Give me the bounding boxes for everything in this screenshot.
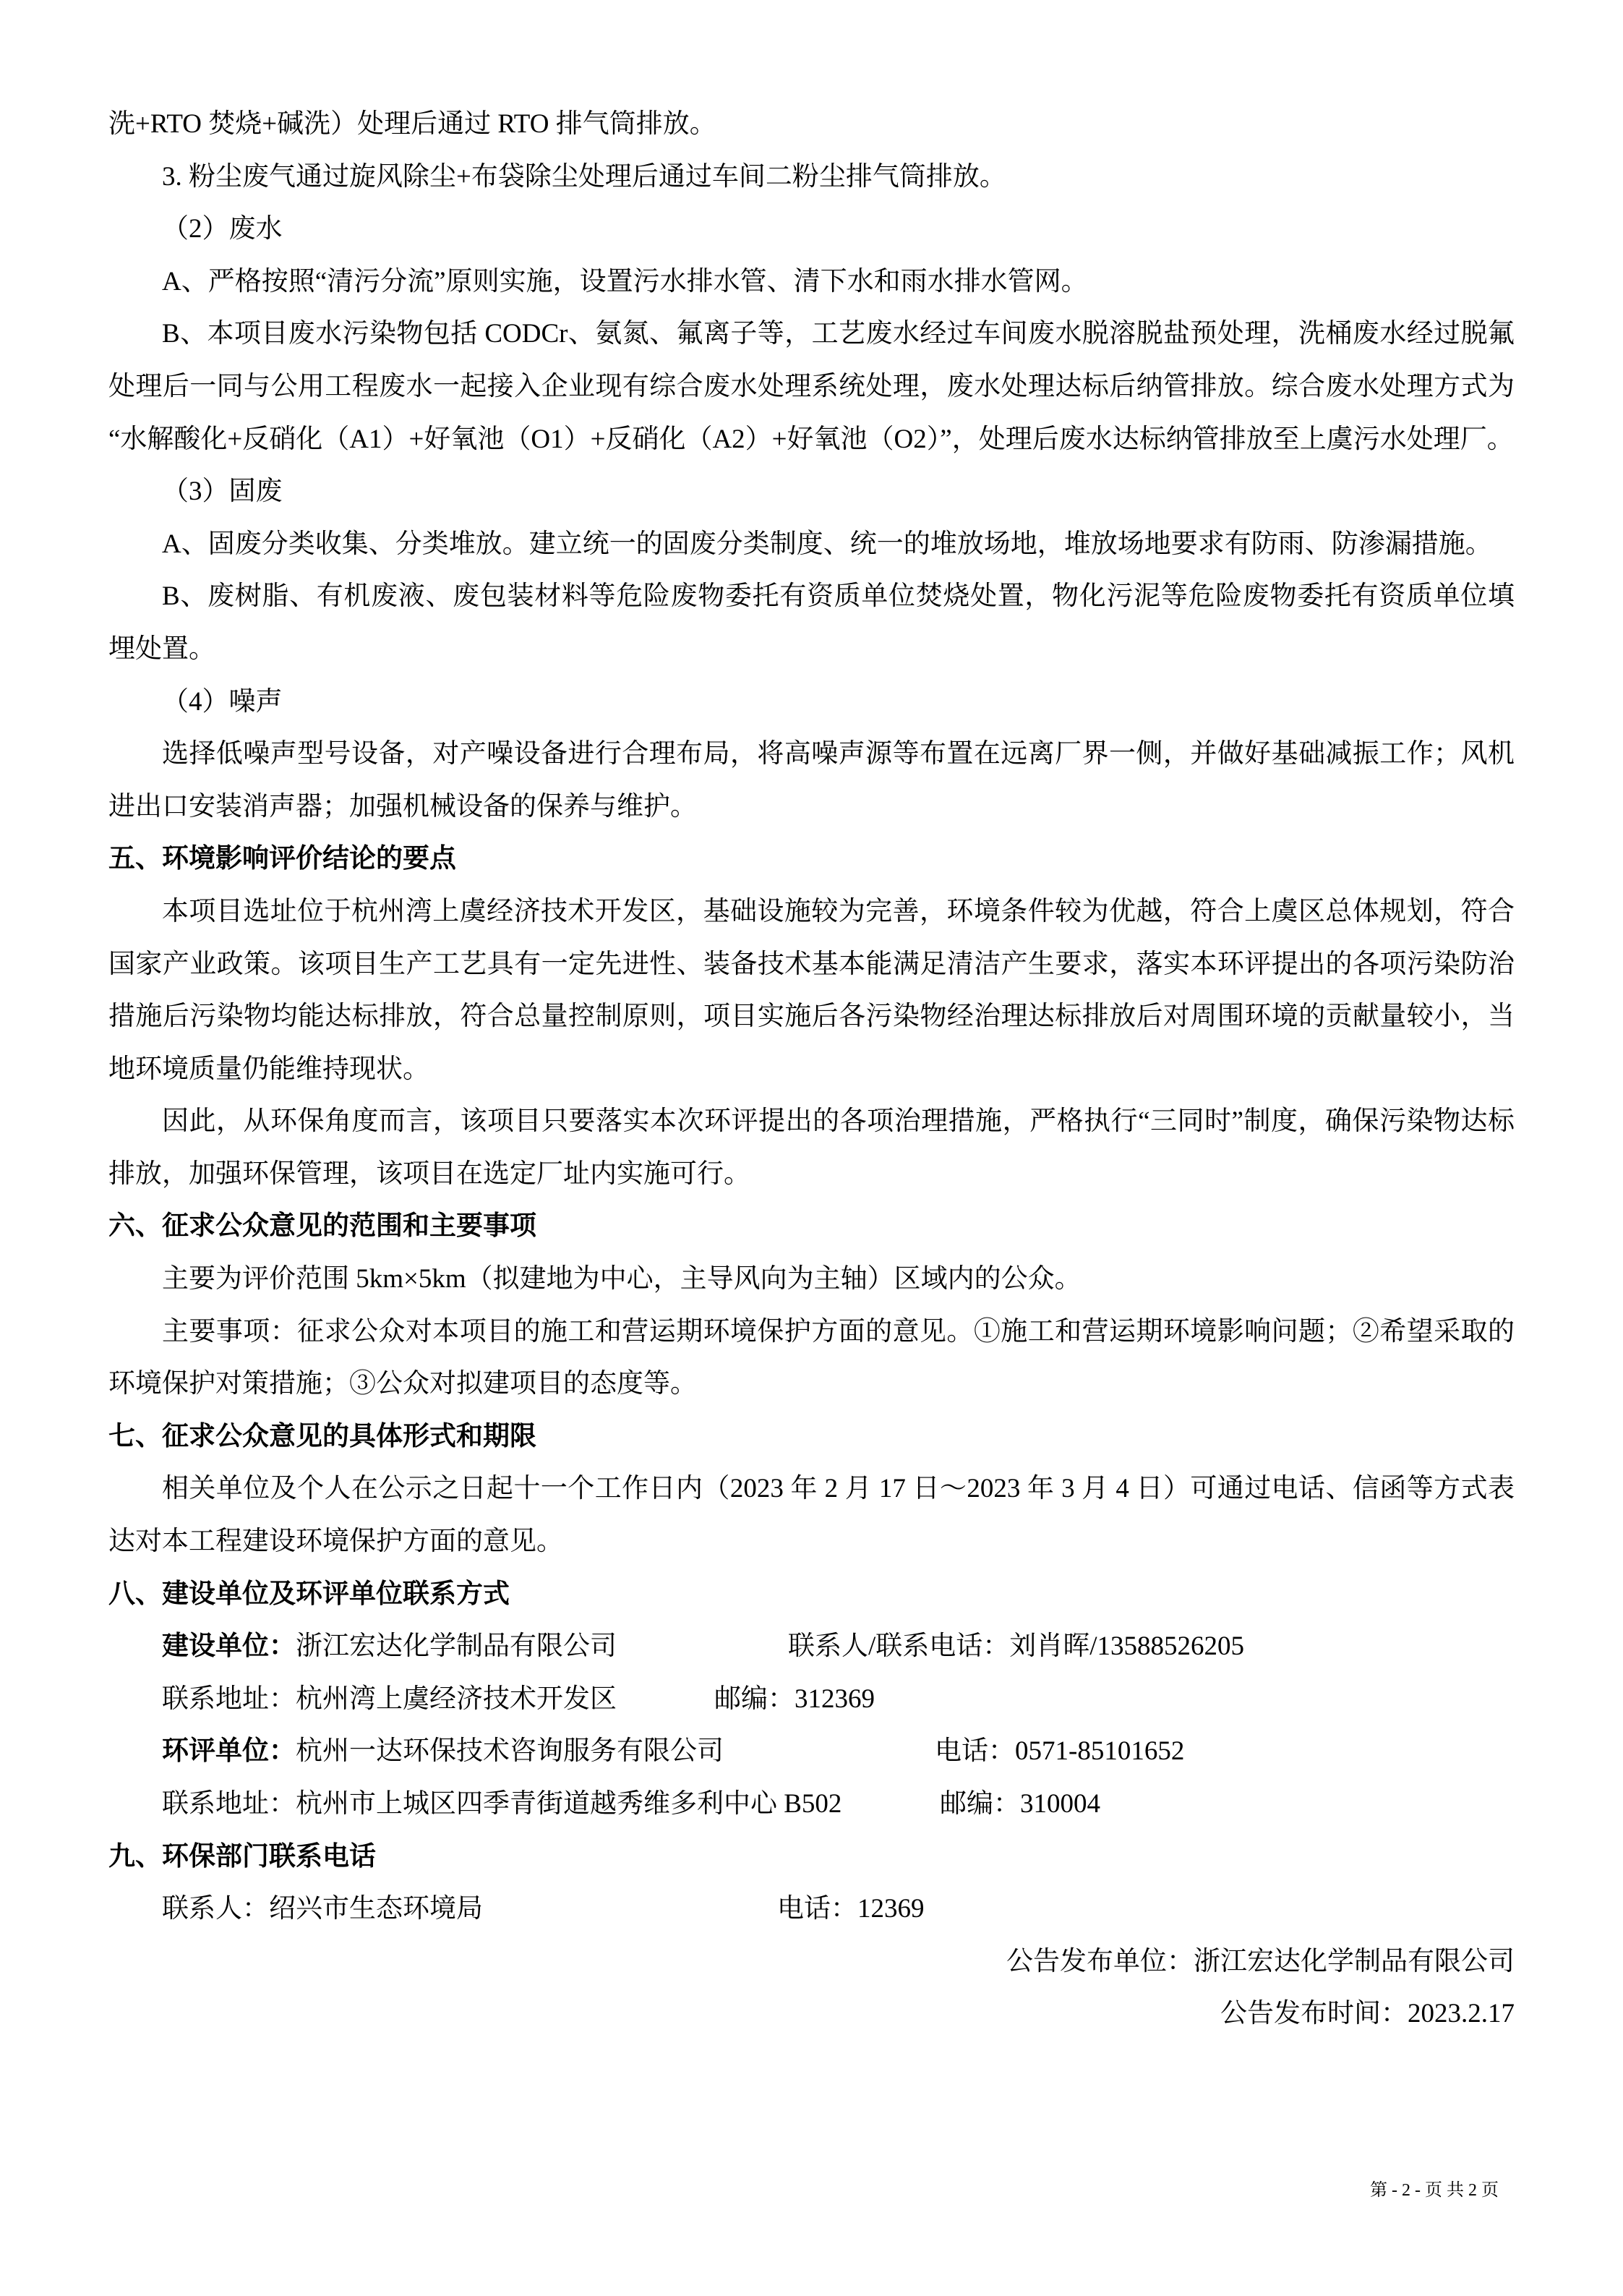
contact-value: 绍兴市生态环境局 <box>269 1894 483 1924</box>
page-number-footer: 第 - 2 - 页 共 2 页 <box>1370 2180 1499 2201</box>
paragraph-noise: 选择低噪声型号设备，对产噪设备进行合理布局，将高噪声源等布置在远离厂界一侧，并做… <box>108 728 1515 833</box>
paragraph-rto-exhaust: 洗+RTO 焚烧+碱洗）处理后通过 RTO 排气筒排放。 <box>108 98 1515 151</box>
announcement-publisher: 公告发布单位：浙江宏达化学制品有限公司 <box>108 1936 1515 1989</box>
paragraph-dust-gas: 3. 粉尘废气通过旋风除尘+布袋除尘处理后通过车间二粉尘排气筒排放。 <box>108 151 1515 204</box>
contact-label: 联系地址： <box>162 1789 296 1819</box>
phone-number: 电话：0571-85101652 <box>935 1725 1184 1778</box>
subheading-solid-waste: （3）固废 <box>108 466 1515 518</box>
paragraph-wastewater-b: B、本项目废水污染物包括 CODCr、氨氮、氟离子等，工艺废水经过车间废水脱溶脱… <box>108 308 1515 466</box>
contact-label: 联系地址： <box>162 1684 296 1714</box>
paragraph-wastewater-a: A、严格按照“清污分流”原则实施，设置污水排水管、清下水和雨水排水管网。 <box>108 256 1515 309</box>
contact-row-address-1: 联系地址：杭州湾上虞经济技术开发区 邮编：312369 <box>108 1673 1515 1726</box>
subheading-noise: （4）噪声 <box>108 676 1515 729</box>
contact-row-eia-unit: 环评单位：杭州一达环保技术咨询服务有限公司 电话：0571-85101652 <box>108 1725 1515 1778</box>
paragraph-solid-waste-b: B、废树脂、有机废液、废包装材料等危险废物委托有资质单位焚烧处置，物化污泥等危险… <box>108 571 1515 675</box>
contact-label: 建设单位： <box>162 1631 296 1661</box>
contact-value: 杭州一达环保技术咨询服务有限公司 <box>296 1736 724 1766</box>
paragraph-period: 相关单位及个人在公示之日起十一个工作日内（2023 年 2 月 17 日～202… <box>108 1463 1515 1568</box>
section-heading-9-epa-phone: 九、环保部门联系电话 <box>108 1831 1515 1884</box>
postal-code: 邮编：312369 <box>714 1673 875 1726</box>
document-page: 洗+RTO 焚烧+碱洗）处理后通过 RTO 排气筒排放。 3. 粉尘废气通过旋风… <box>108 98 1515 2041</box>
paragraph-conclusion-2: 因此，从环保角度而言，该项目只要落实本次环评提出的各项治理措施，严格执行“三同时… <box>108 1096 1515 1200</box>
contact-row-address-2: 联系地址：杭州市上城区四季青街道越秀维多利中心 B502 邮编：310004 <box>108 1778 1515 1831</box>
paragraph-solid-waste-a: A、固废分类收集、分类堆放。建立统一的固废分类制度、统一的堆放场地，堆放场地要求… <box>108 518 1515 571</box>
paragraph-main-matters: 主要事项：征求公众对本项目的施工和营运期环境保护方面的意见。①施工和营运期环境影… <box>108 1306 1515 1411</box>
announcement-date: 公告发布时间：2023.2.17 <box>108 1988 1515 2041</box>
section-heading-8-contacts: 八、建设单位及环评单位联系方式 <box>108 1569 1515 1621</box>
paragraph-conclusion-1: 本项目选址位于杭州湾上虞经济技术开发区，基础设施较为完善，环境条件较为优越，符合… <box>108 886 1515 1096</box>
section-heading-5-conclusion: 五、环境影响评价结论的要点 <box>108 833 1515 886</box>
contact-person-phone: 联系人/联系电话：刘肖晖/13588526205 <box>788 1621 1244 1673</box>
postal-code: 邮编：310004 <box>940 1778 1100 1831</box>
contact-value: 杭州市上城区四季青街道越秀维多利中心 B502 <box>296 1789 842 1819</box>
paragraph-scope: 主要为评价范围 5km×5km（拟建地为中心，主导风向为主轴）区域内的公众。 <box>108 1253 1515 1306</box>
phone-number: 电话：12369 <box>777 1883 925 1936</box>
contact-label: 联系人： <box>162 1894 269 1924</box>
contact-value: 浙江宏达化学制品有限公司 <box>296 1631 617 1661</box>
contact-label: 环评单位： <box>162 1736 296 1766</box>
section-heading-7-form-period: 七、征求公众意见的具体形式和期限 <box>108 1411 1515 1464</box>
contact-value: 杭州湾上虞经济技术开发区 <box>296 1684 617 1714</box>
subheading-wastewater: （2）废水 <box>108 203 1515 256</box>
contact-row-construction-unit: 建设单位：浙江宏达化学制品有限公司 联系人/联系电话：刘肖晖/135885262… <box>108 1621 1515 1673</box>
contact-row-epa: 联系人：绍兴市生态环境局 电话：12369 <box>108 1883 1515 1936</box>
section-heading-6-scope: 六、征求公众意见的范围和主要事项 <box>108 1200 1515 1253</box>
